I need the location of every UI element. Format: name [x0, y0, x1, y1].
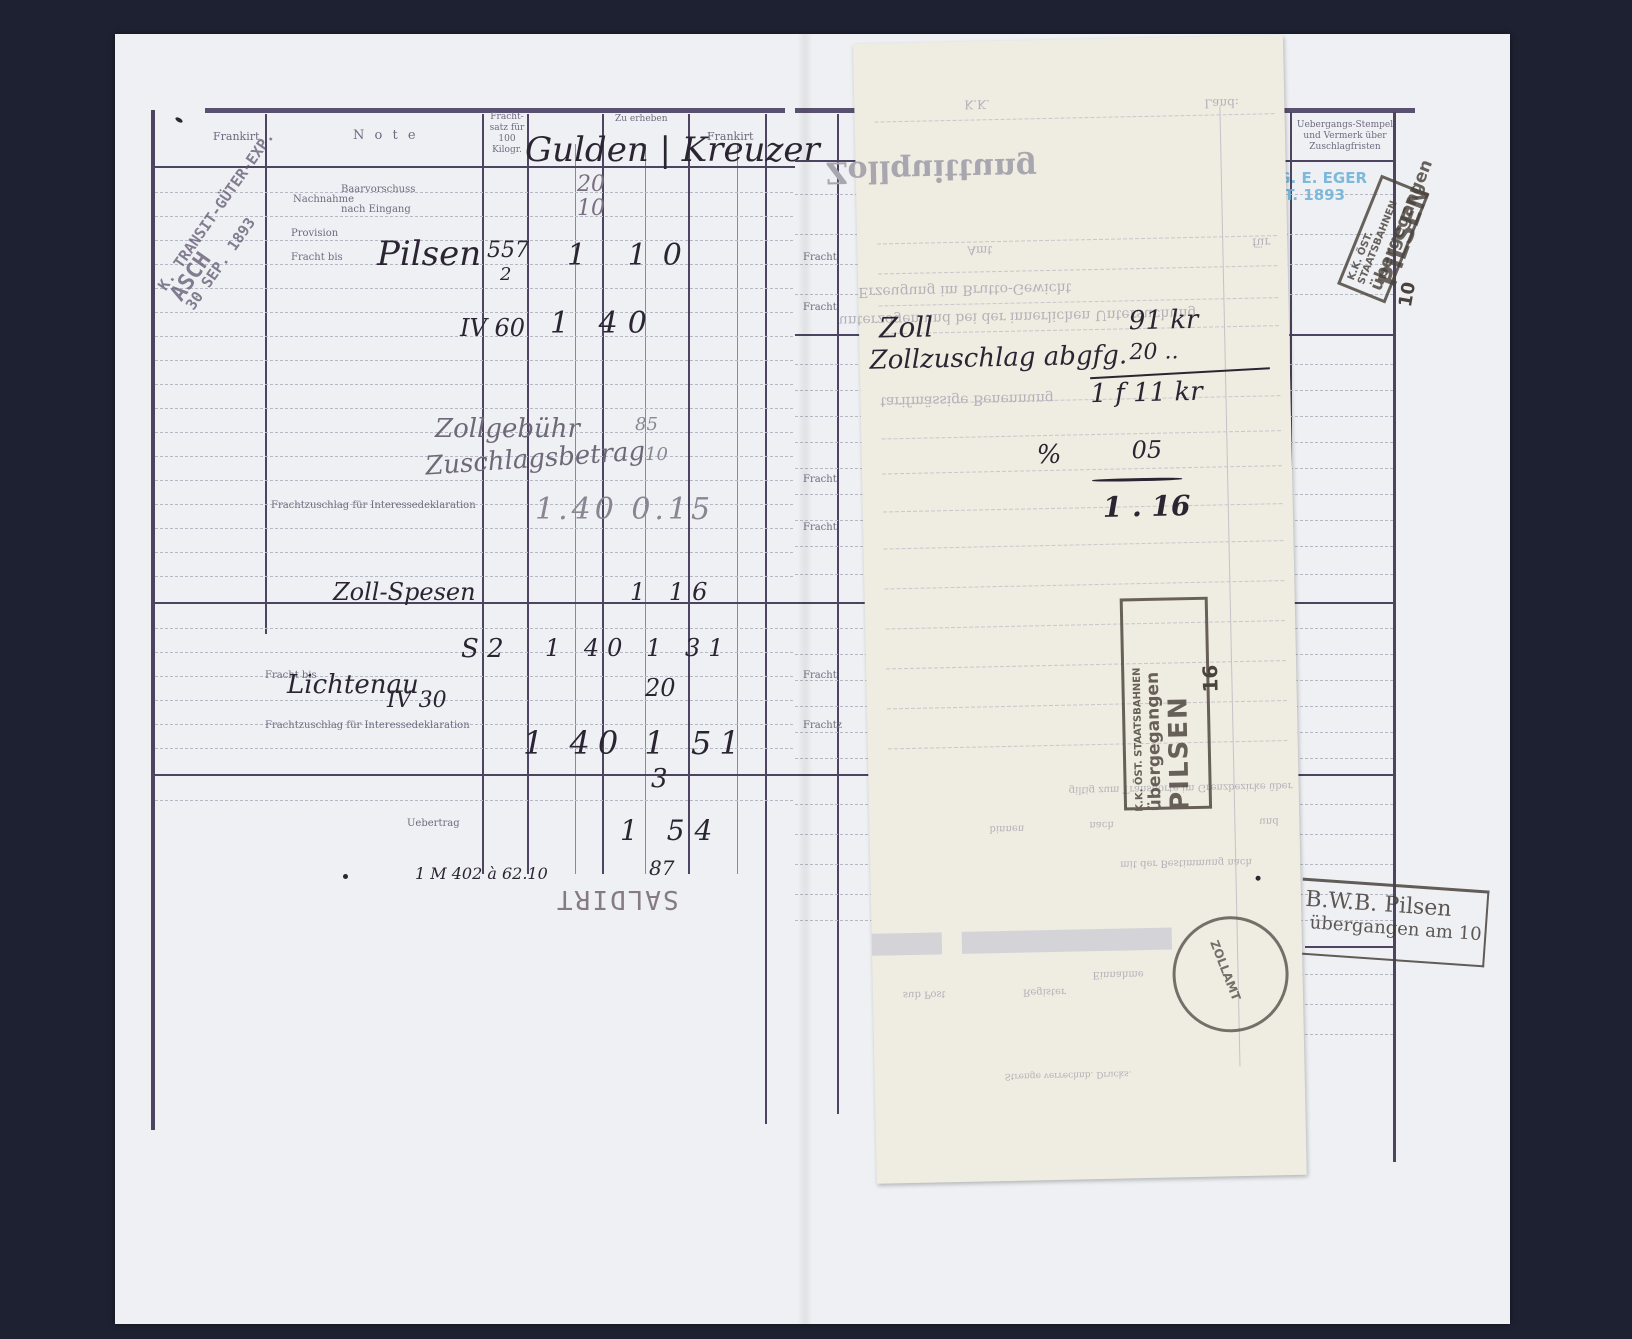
- pilsen-number-right: 10: [1395, 280, 1420, 308]
- hand-spesen: Zoll-Spesen: [333, 578, 476, 606]
- hand-currency-header: Gulden | Kreuzer: [525, 130, 820, 170]
- label-fracht-r3: Fracht: [803, 474, 837, 485]
- hand-nachnahme-10: 10: [577, 196, 605, 221]
- pilsen-number-slip: 16: [1198, 664, 1223, 692]
- hand-spesen-amount: 1 16: [630, 578, 715, 606]
- hand-dest-pilsen: Pilsen: [377, 234, 481, 274]
- header-frachtsatz: Fracht- satz für 100 Kilogr.: [485, 112, 529, 156]
- pilsen-stamp-slip: K.K. ÖST. STAATSBAHNEN übergegangen PILS…: [1120, 597, 1212, 811]
- hand-class-iv60: IV 60: [460, 314, 525, 342]
- hand-weight-sub: 2: [500, 264, 511, 285]
- hand-interesse-pencil: 1.40 0.15: [535, 492, 714, 527]
- hand-bottom-note: 1 M 402 à 62.10: [415, 864, 548, 883]
- hand-nachnahme-20: 20: [577, 174, 605, 196]
- col-divider: [737, 144, 738, 874]
- hand-amount-110: 1 10: [567, 238, 698, 273]
- header-zu-erheben: Zu erheben: [615, 114, 668, 124]
- label-fracht-bis: Fracht bis: [291, 252, 343, 263]
- hand-class-iv30: IV 30: [387, 688, 447, 713]
- label-fracht-r2: Fracht: [803, 302, 837, 313]
- punch-hole: [1256, 876, 1261, 881]
- col-divider: [482, 114, 484, 874]
- slip-title-reversed: Zollquittung: [825, 150, 1037, 189]
- col-divider: [765, 114, 767, 1124]
- label-uebertrag: Uebertrag: [407, 818, 460, 829]
- hand-zollgebuehr: Zollgebühr: [435, 414, 580, 444]
- ink-mark: [175, 116, 184, 123]
- slip-hand-total: 1 . 16: [1102, 489, 1190, 524]
- punch-hole: [343, 874, 348, 879]
- hand-s2: S 2: [461, 634, 504, 664]
- shaded-band: [962, 928, 1172, 954]
- slip-hand-zoll-amount: 91 kr: [1129, 305, 1199, 336]
- label-fracht-r5: Fracht: [803, 670, 837, 681]
- slip-hand-subtotal: 1 f 11 kr: [1090, 377, 1203, 409]
- section-rule: [155, 774, 795, 776]
- slip-hand-zuschlag-amount: 20 ..: [1129, 339, 1178, 365]
- label-nach-eingang: nach Eingang: [341, 204, 411, 215]
- slip-hand-percent: %: [1036, 440, 1061, 471]
- hand-subtotal-140: 1 40: [550, 306, 657, 341]
- shaded-band: [872, 932, 942, 955]
- slip-hand-percent-amount: 05: [1131, 436, 1162, 465]
- header-note: N o t e: [353, 128, 419, 143]
- hand-uebertrag-154: 1 54: [620, 814, 722, 847]
- round-customs-seal: ZOLLAMT: [1171, 915, 1289, 1033]
- hand-bottom-87: 87: [649, 856, 674, 880]
- hand-zuschlag-20: 20: [645, 674, 676, 702]
- hand-weight: 557: [487, 238, 529, 263]
- label-provision: Provision: [291, 228, 338, 239]
- header-uebergang: Uebergangs-Stempel und Vermerk über Zusc…: [1295, 120, 1395, 153]
- label-frachtzuschlag: Frachtzuschlag für Interessedeklaration: [271, 500, 476, 511]
- label-fracht-r4: Fracht: [803, 522, 837, 533]
- slip-hand-zuschlag: Zollzuschlag abgfg.: [869, 340, 1127, 375]
- wavy-line: [1092, 477, 1182, 482]
- hand-row-140-131: 1 40 1 31: [545, 634, 732, 662]
- transit-stamp-asch: K. TRANSIT-GÜTER-EXP. ASCH 30 SEP. 1893: [155, 129, 306, 314]
- saldirt-stamp: SALDIRT: [555, 884, 679, 914]
- label-fracht-r1: Fracht: [803, 252, 837, 263]
- hand-zoll-85: 85: [635, 414, 658, 435]
- customs-slip: Zollquittung K.K. Land: Amt für Erzeugun…: [853, 35, 1307, 1184]
- hand-total-row: 1 40 1 51: [523, 724, 748, 762]
- label-frachtz-r6: Frachtz: [803, 720, 842, 731]
- slip-hand-zoll: Zoll: [879, 310, 934, 344]
- left-border: [151, 110, 155, 1130]
- bwb-pilsen-stamp: B.W.B. Pilsen übergangen am 10: [1298, 878, 1490, 968]
- label-frachtzuschlag-2: Frachtzuschlag für Interessedeklaration: [265, 720, 470, 731]
- hand-extra-3: 3: [651, 764, 668, 794]
- hand-zoll-10: 10: [645, 444, 668, 465]
